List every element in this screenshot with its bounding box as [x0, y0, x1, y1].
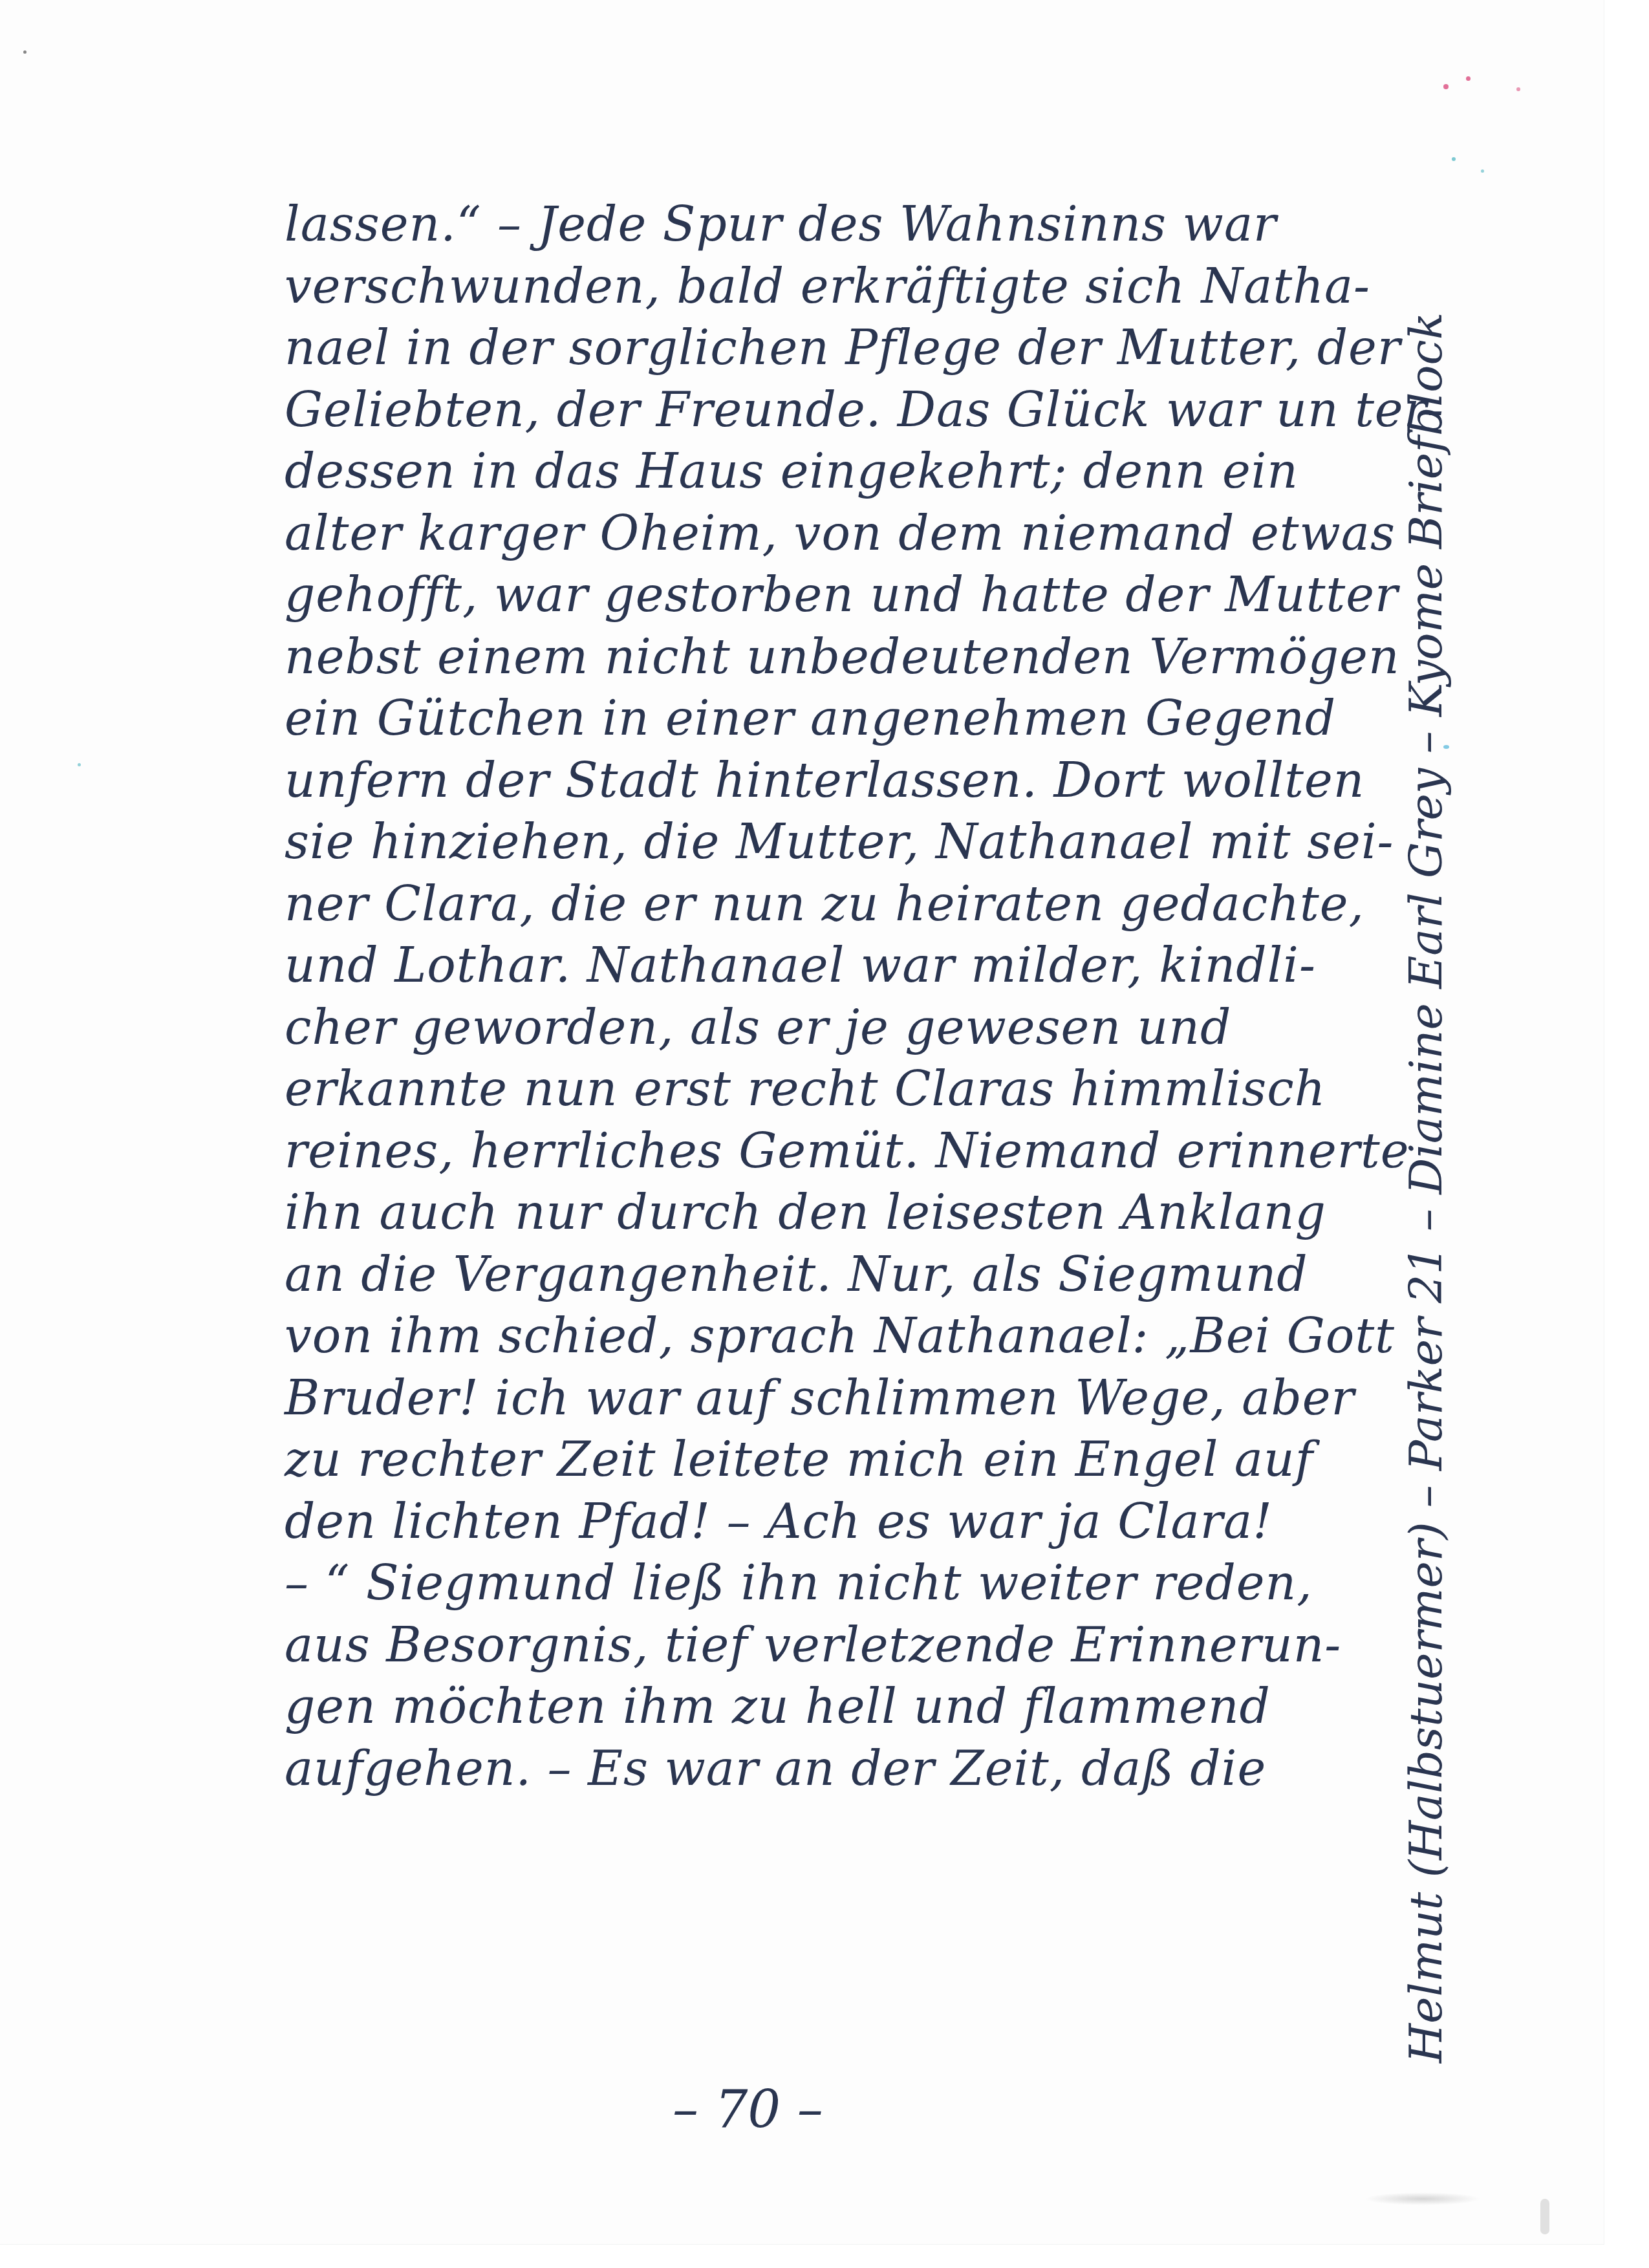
text-line: lassen.“ – Jede Spur des Wahnsinns war	[285, 194, 1410, 256]
text-line: Bruder! ich war auf schlimmen Wege, aber	[285, 1368, 1410, 1430]
text-line: zu rechter Zeit leitete mich ein Engel a…	[285, 1429, 1410, 1491]
ink-speck-decoration	[23, 50, 27, 54]
text-line: und Lothar. Nathanael war milder, kindli…	[285, 935, 1410, 997]
vertical-margin-note: Helmut (Halbstuermer) – Parker 21 – Diam…	[1397, 312, 1455, 2063]
text-line: Geliebten, der Freunde. Das Glück war un…	[285, 380, 1410, 442]
text-line: erkannte nun erst recht Claras himmlisch	[285, 1059, 1410, 1121]
text-line: nael in der sorglichen Pflege der Mutter…	[285, 318, 1410, 380]
page-number: – 70 –	[673, 2079, 823, 2139]
text-line: aufgehen. – Es war an der Zeit, daß die	[285, 1738, 1410, 1800]
ink-speck-decoration	[1443, 84, 1449, 89]
text-line: alter karger Oheim, von dem niemand etwa…	[285, 503, 1410, 565]
text-line: reines, herrliches Gemüt. Niemand erinne…	[285, 1121, 1410, 1183]
text-line: von ihm schied, sprach Nathanael: „Bei G…	[285, 1306, 1410, 1368]
text-line: dessen in das Haus eingekehrt; denn ein	[285, 441, 1410, 503]
text-line: den lichten Pfad! – Ach es war ja Clara!	[285, 1491, 1410, 1553]
text-line: sie hinziehen, die Mutter, Nathanael mit…	[285, 812, 1410, 874]
text-line: gehofft, war gestorben und hatte der Mut…	[285, 565, 1410, 627]
text-line: ihn auch nur durch den leisesten Anklang	[285, 1182, 1410, 1244]
text-line: gen möchten ihm zu hell und flammend	[285, 1676, 1410, 1738]
text-line: aus Besorgnis, tief verletzende Erinneru…	[285, 1615, 1410, 1677]
text-line: cher geworden, als er je gewesen und	[285, 997, 1410, 1059]
scan-dirt-decoration	[1364, 2192, 1481, 2205]
ink-speck-decoration	[1466, 76, 1471, 81]
ink-speck-decoration	[1452, 157, 1456, 161]
text-line: ner Clara, die er nun zu heiraten gedach…	[285, 874, 1410, 936]
manuscript-page: lassen.“ – Jede Spur des Wahnsinns war v…	[0, 0, 1604, 2245]
handwritten-body-text: lassen.“ – Jede Spur des Wahnsinns war v…	[285, 194, 1410, 1800]
text-line: verschwunden, bald erkräftigte sich Nath…	[285, 256, 1410, 318]
text-line: ein Gütchen in einer angenehmen Gegend	[285, 688, 1410, 750]
text-line: an die Vergangenheit. Nur, als Siegmund	[285, 1244, 1410, 1306]
scan-smudge-decoration	[1540, 2199, 1549, 2234]
text-line: unfern der Stadt hinterlassen. Dort woll…	[285, 750, 1410, 812]
ink-speck-decoration	[1481, 169, 1484, 173]
ink-speck-decoration	[1516, 87, 1520, 91]
ink-speck-decoration	[78, 763, 81, 766]
ink-speck-decoration	[1443, 745, 1449, 749]
text-line: – “ Siegmund ließ ihn nicht weiter reden…	[285, 1553, 1410, 1615]
text-line: nebst einem nicht unbedeutenden Vermögen	[285, 627, 1410, 689]
